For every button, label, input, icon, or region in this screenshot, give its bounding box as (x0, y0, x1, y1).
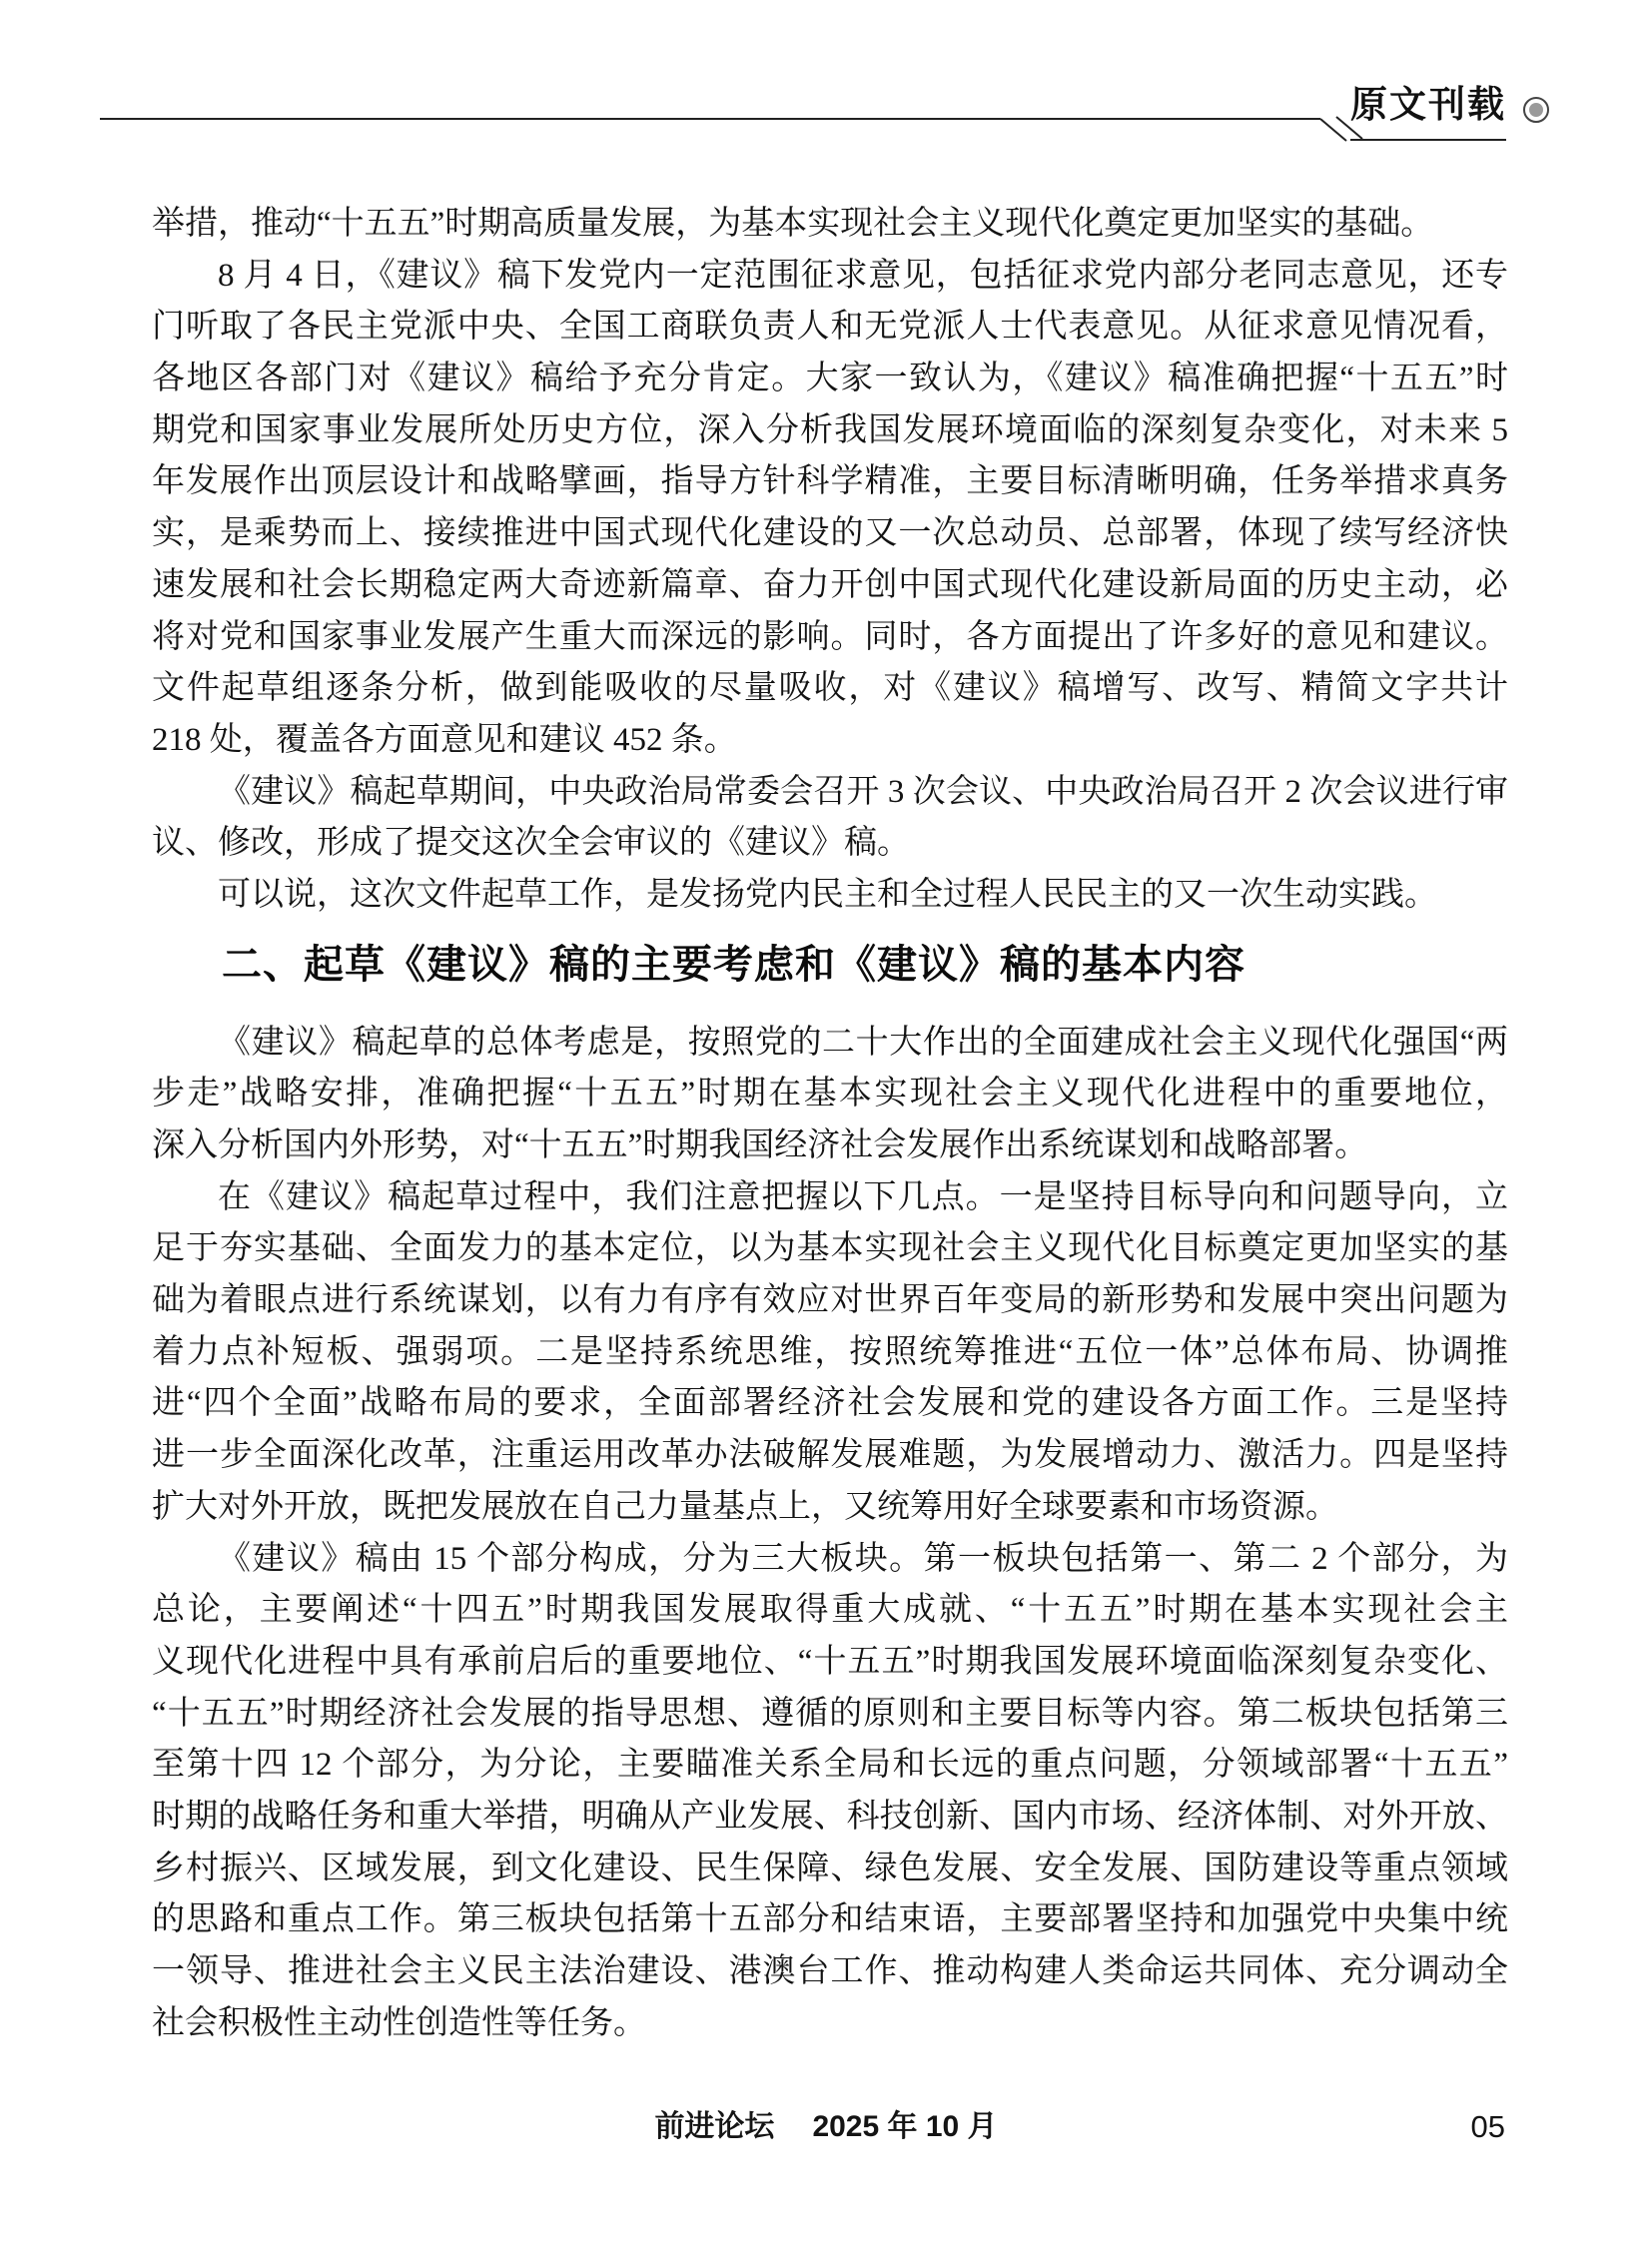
section-heading: 二、起草《建议》稿的主要考虑和《建议》稿的基本内容 (222, 943, 1508, 987)
body-line: 实，是乘势而上、接续推进中国式现代化建设的又一次总动员、总部署，体现了续写经济快 (152, 508, 1508, 560)
body-line: 至第十四 12 个部分，为分论，主要瞄准关系全局和长远的重点问题，分领域部署“十… (152, 1740, 1508, 1792)
body-line: 门听取了各民主党派中央、全国工商联负责人和无党派人士代表意见。从征求意见情况看， (152, 302, 1508, 354)
body-line: 将对党和国家事业发展产生重大而深远的影响。同时，各方面提出了许多好的意见和建议。 (152, 612, 1508, 664)
body-line: 足于夯实基础、全面发力的基本定位，以为基本实现社会主义现代化目标奠定更加坚实的基 (152, 1223, 1508, 1275)
body-line: 进一步全面深化改革，注重运用改革办法破解发展难题，为发展增动力、激活力。四是坚持 (152, 1430, 1508, 1482)
body-line: 年发展作出顶层设计和战略擘画，指导方针科学精准，主要目标清晰明确，任务举措求真务 (152, 456, 1508, 508)
body-line: 进“四个全面”战略布局的要求，全面部署经济社会发展和党的建设各方面工作。三是坚持 (152, 1378, 1508, 1430)
bullseye-icon (1522, 96, 1550, 124)
body-line: 义现代化进程中具有承前启后的重要地位、“十五五”时期我国发展环境面临深刻复杂变化… (152, 1637, 1508, 1689)
body-line: 期党和国家事业发展所处历史方位，深入分析我国发展环境面临的深刻复杂变化，对未来 … (152, 405, 1508, 457)
page-number: 05 (1471, 2109, 1505, 2145)
body-line: 各地区各部门对《建议》稿给予充分肯定。大家一致认为，《建议》稿准确把握“十五五”… (152, 354, 1508, 405)
body-line: 218 处，覆盖各方面意见和建议 452 条。 (152, 715, 1508, 767)
body-line: 础为着眼点进行系统谋划，以有力有序有效应对世界百年变局的新形势和发展中突出问题为 (152, 1275, 1508, 1327)
body-line: 的思路和重点工作。第三板块包括第十五部分和结束语，主要部署坚持和加强党中央集中统 (152, 1894, 1508, 1946)
body-line: 可以说，这次文件起草工作，是发扬党内民主和全过程人民民主的又一次生动实践。 (152, 870, 1508, 922)
body-line: 在《建议》稿起草过程中，我们注意把握以下几点。一是坚持目标导向和问题导向，立 (152, 1172, 1508, 1224)
magazine-page: { "colors": { "text": "#131313", "rule":… (0, 0, 1652, 2242)
body-line: 文件起草组逐条分析，做到能吸收的尽量吸收，对《建议》稿增写、改写、精简文字共计 (152, 663, 1508, 715)
body-line: 时期的战略任务和重大举措，明确从产业发展、科技创新、国内市场、经济体制、对外开放… (152, 1792, 1508, 1844)
body-line: 一领导、推进社会主义民主法治建设、港澳台工作、推动构建人类命运共同体、充分调动全 (152, 1946, 1508, 1998)
footer: 前进论坛 2025 年 10 月 (0, 2109, 1652, 2145)
body-line: 着力点补短板、强弱项。二是坚持系统思维，按照统筹推进“五位一体”总体布局、协调推 (152, 1327, 1508, 1379)
body-line: 《建议》稿起草期间，中央政治局常委会召开 3 次会议、中央政治局召开 2 次会议… (152, 767, 1508, 819)
body-line: 议、修改，形成了提交这次全会审议的《建议》稿。 (152, 818, 1508, 870)
body-line: 8 月 4 日，《建议》稿下发党内一定范围征求意见，包括征求党内部分老同志意见，… (152, 251, 1508, 303)
journal-name: 前进论坛 (654, 2109, 774, 2145)
body-line: 扩大对外开放，既把发展放在自己力量基点上，又统筹用好全球要素和市场资源。 (152, 1482, 1508, 1534)
body-line: 速发展和社会长期稳定两大奇迹新篇章、奋力开创中国式现代化建设新局面的历史主动，必 (152, 560, 1508, 612)
body-line: 《建议》稿由 15 个部分构成，分为三大板块。第一板块包括第一、第二 2 个部分… (152, 1534, 1508, 1586)
body-line: 步走”战略安排，准确把握“十五五”时期在基本实现社会主义现代化进程中的重要地位， (152, 1069, 1508, 1121)
body-line: 《建议》稿起草的总体考虑是，按照党的二十大作出的全面建成社会主义现代化强国“两 (152, 1018, 1508, 1070)
body-line: 深入分析国内外形势，对“十五五”时期我国经济社会发展作出系统谋划和战略部署。 (152, 1121, 1508, 1172)
article-body: 举措，推动“十五五”时期高质量发展，为基本实现社会主义现代化奠定更加坚实的基础。… (152, 199, 1508, 2049)
body-line: 总论，主要阐述“十四五”时期我国发展取得重大成就、“十五五”时期在基本实现社会主 (152, 1585, 1508, 1637)
issue-date: 2025 年 10 月 (812, 2109, 997, 2145)
body-line: 举措，推动“十五五”时期高质量发展，为基本实现社会主义现代化奠定更加坚实的基础。 (152, 199, 1508, 251)
body-line: 乡村振兴、区域发展，到文化建设、民生保障、绿色发展、安全发展、国防建设等重点领域 (152, 1844, 1508, 1895)
header-section-label: 原文刊载 (1350, 86, 1506, 126)
body-line: “十五五”时期经济社会发展的指导思想、遵循的原则和主要目标等内容。第二板块包括第… (152, 1689, 1508, 1741)
body-line: 社会积极性主动性创造性等任务。 (152, 1998, 1508, 2050)
